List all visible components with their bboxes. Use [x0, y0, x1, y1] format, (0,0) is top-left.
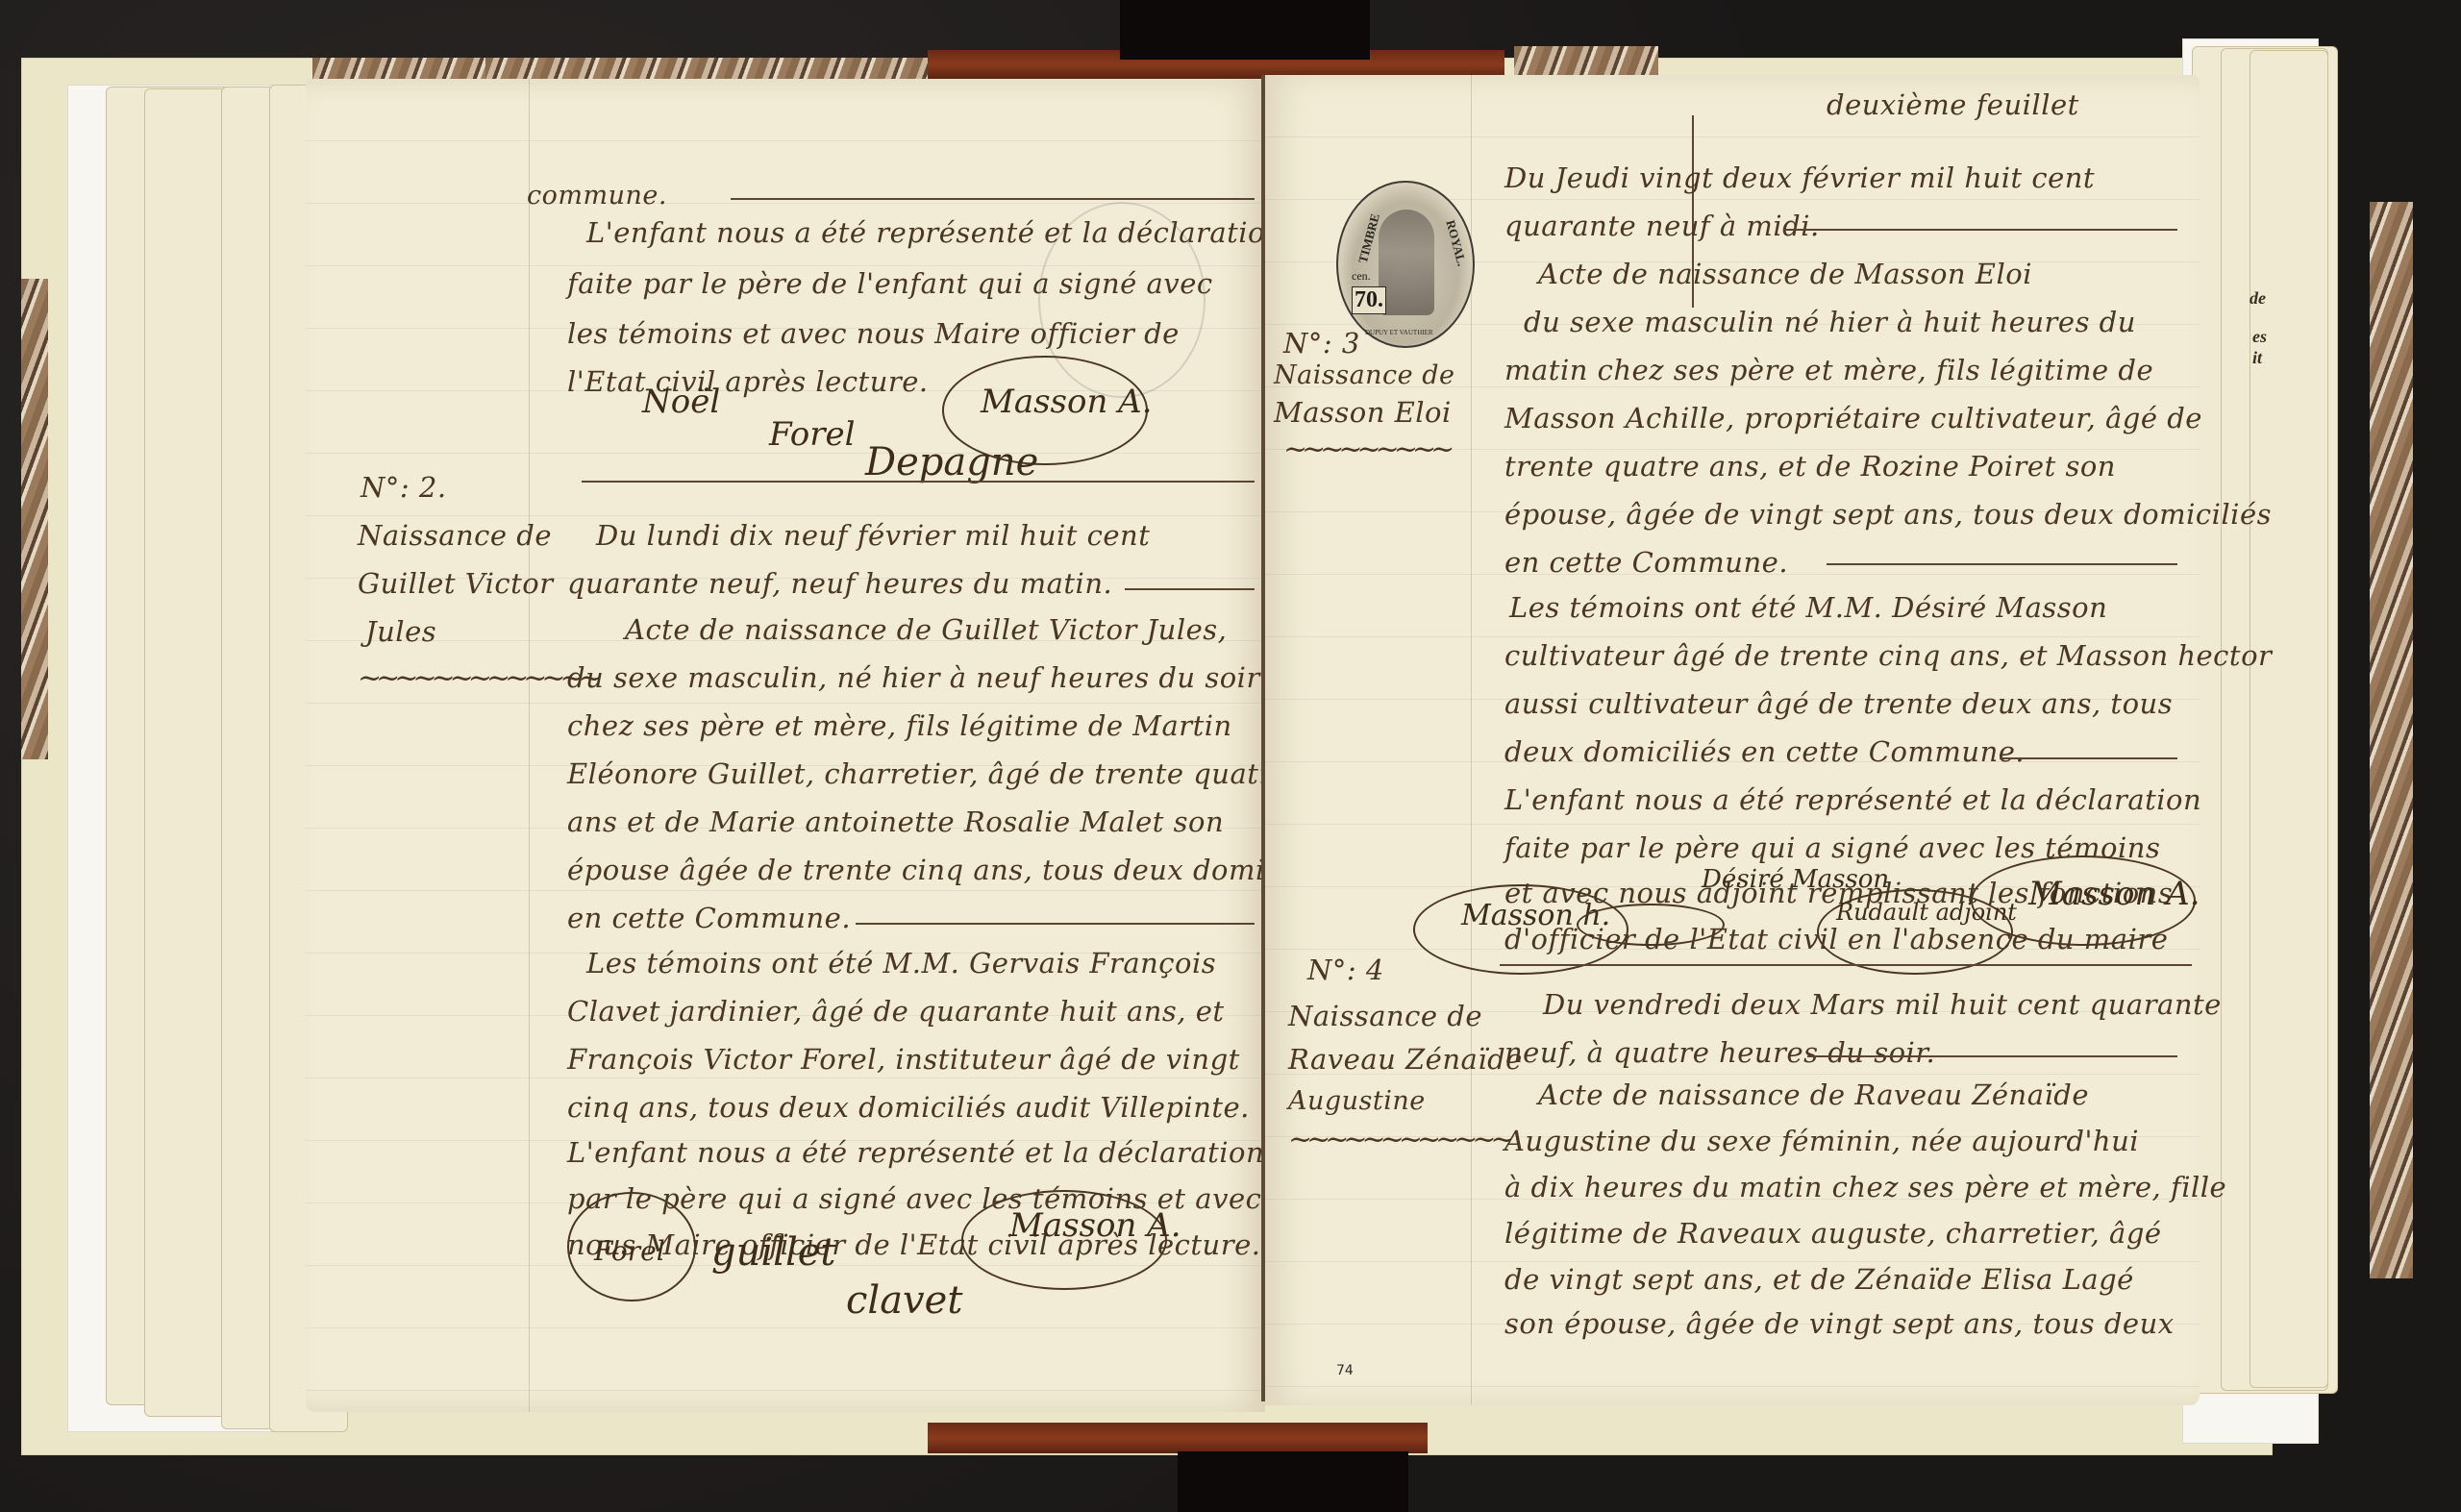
- signature-forel: Forel: [769, 415, 855, 454]
- text-line: Les témoins ont été M.M. Désiré Masson: [1509, 591, 2107, 624]
- marbled-board-right-edge: [2370, 202, 2413, 1278]
- text-line: Du lundi dix neuf février mil huit cent: [596, 519, 1150, 552]
- marbled-board-top-right: [1514, 46, 1658, 75]
- line-filler: [1783, 229, 2177, 231]
- text-line: son épouse, âgée de vingt sept ans, tous…: [1504, 1307, 2175, 1340]
- signature-guillet: guillet: [711, 1230, 836, 1275]
- text-line: L'enfant nous a été représenté et la déc…: [567, 1136, 1340, 1169]
- signature-desire-masson: Désiré Masson: [1702, 865, 1889, 894]
- signature-clavet: clavet: [846, 1278, 962, 1323]
- text-line: Masson Achille, propriétaire cultivateur…: [1504, 402, 2202, 434]
- edge-printed-fragment: de: [2250, 288, 2266, 309]
- justice-figure-icon: [1379, 210, 1434, 315]
- text-line: François Victor Forel, instituteur âgé d…: [567, 1043, 1240, 1076]
- stamp-value: 70.: [1352, 286, 1386, 314]
- text-line: Augustine du sexe féminin, née aujourd'h…: [1504, 1125, 2139, 1157]
- text-line: Acte de naissance de Masson Eloi: [1538, 258, 2032, 290]
- signature-flourish: [1577, 904, 1725, 946]
- line-filler: [2000, 757, 2177, 759]
- text-line: ans et de Marie antoinette Rosalie Malet…: [567, 806, 1224, 838]
- text-line: à dix heures du matin chez ses père et m…: [1504, 1171, 2226, 1203]
- text-line: Du Jeudi vingt deux février mil huit cen…: [1504, 161, 2095, 194]
- margin-rule: [529, 79, 530, 1412]
- text-line: chez ses père et mère, fils légitime de …: [567, 709, 1232, 742]
- text-line: L'enfant nous a été représenté et la déc…: [1504, 783, 2201, 816]
- text-line: du sexe masculin né hier à huit heures d…: [1524, 306, 2136, 338]
- entry-separator: [582, 481, 1255, 483]
- header-note: deuxième feuillet: [1827, 88, 2079, 121]
- text-line: Les témoins ont été M.M. Gervais Françoi…: [586, 947, 1216, 979]
- margin-note: Augustine: [1288, 1086, 1426, 1116]
- margin-note: Raveau Zénaïde: [1288, 1043, 1523, 1076]
- signature-forel: Forel: [594, 1235, 665, 1267]
- text-line: trente quatre ans, et de Rozine Poiret s…: [1504, 450, 2116, 483]
- text-line: L'enfant nous a été représenté et la déc…: [586, 216, 1283, 249]
- stamp-unit: cen.: [1352, 269, 1371, 284]
- text-line: aussi cultivateur âgé de trente deux ans…: [1504, 687, 2173, 720]
- text-line: de vingt sept ans, et de Zénaïde Elisa L…: [1504, 1263, 2134, 1296]
- margin-flourish: ~~~~~~~~~~~~: [1288, 1123, 1509, 1156]
- spine-shadow-top: [1120, 0, 1370, 60]
- text-line: Acte de naissance de Raveau Zénaïde: [1538, 1078, 2089, 1111]
- text-line: l'Etat civil après lecture.: [567, 365, 929, 398]
- folio-number: 74: [1336, 1363, 1354, 1378]
- right-page-stack-3: [2250, 50, 2328, 1388]
- margin-note: Masson Eloi: [1274, 396, 1452, 429]
- leather-spine-bottom: [928, 1423, 1428, 1453]
- stamp-printer: DUPUY ET VAUTHIER: [1365, 329, 1433, 336]
- text-line: quarante neuf à midi.: [1504, 210, 1820, 242]
- entry-number: N°: 4: [1307, 954, 1384, 986]
- text-line: faite par le père de l'enfant qui a sign…: [567, 267, 1213, 300]
- text-line: Acte de naissance de Guillet Victor Jule…: [625, 613, 1227, 646]
- edge-printed-fragment: es: [2252, 327, 2267, 347]
- margin-note: Guillet Victor: [358, 567, 554, 600]
- signature-masson-a: Masson A.: [2028, 875, 2200, 913]
- text-line: les témoins et avec nous Maire officier …: [567, 317, 1180, 350]
- text-line: quarante neuf, neuf heures du matin.: [567, 567, 1112, 600]
- entry-separator: [1500, 964, 2192, 966]
- text-line: Eléonore Guillet, charretier, âgé de tre…: [567, 757, 1289, 790]
- line-filler: [731, 198, 1255, 200]
- margin-note: Naissance de: [1274, 360, 1455, 390]
- line-filler: [1807, 1055, 2177, 1057]
- signature-masson-a: Masson A.: [981, 383, 1153, 421]
- text-line: deux domiciliés en cette Commune.: [1504, 735, 2025, 768]
- margin-flourish: ~~~~~~~~~: [1283, 433, 1449, 466]
- text-line: en cette Commune.: [1504, 546, 1788, 579]
- text-line: cultivateur âgé de trente cinq ans, et M…: [1504, 639, 2272, 672]
- entry-number: N°: 3: [1283, 327, 1360, 359]
- timbre-royal-stamp: TIMBRE ROYAL. cen. 70. DUPUY ET VAUTHIER: [1336, 181, 1475, 348]
- text-line: Du vendredi deux Mars mil huit cent quar…: [1543, 988, 2222, 1021]
- signature-depagne: Depagne: [865, 440, 1038, 484]
- marbled-board-top-left-inner: [485, 58, 928, 79]
- text-line: du sexe masculin, né hier à neuf heures …: [567, 661, 1260, 694]
- signature-noel: Noël: [642, 383, 720, 421]
- text-line: légitime de Raveaux auguste, charretier,…: [1504, 1217, 2162, 1250]
- margin-note: Naissance de: [1288, 1000, 1482, 1032]
- edge-printed-fragment: it: [2252, 348, 2262, 368]
- line-filler: [856, 923, 1255, 925]
- text-line: épouse, âgée de vingt sept ans, tous deu…: [1504, 498, 2272, 531]
- text-line: neuf, à quatre heures du soir.: [1504, 1036, 1935, 1069]
- line-filler: [1827, 563, 2177, 565]
- margin-flourish: ~~~~~~~~~~~~~: [358, 661, 597, 695]
- margin-note: Jules: [365, 615, 436, 648]
- line-filler: [1125, 588, 1255, 590]
- spine-shadow-bottom: [1178, 1451, 1408, 1512]
- margin-note: Naissance de: [358, 519, 552, 552]
- text-line: Clavet jardinier, âgé de quarante huit a…: [567, 995, 1225, 1028]
- stamp-label: ROYAL.: [1442, 218, 1469, 267]
- text-line: commune.: [527, 181, 667, 211]
- text-line: épouse âgée de trente cinq ans, tous deu…: [567, 854, 1341, 886]
- text-line: matin chez ses père et mère, fils légiti…: [1504, 354, 2153, 386]
- text-line: cinq ans, tous deux domiciliés audit Vil…: [567, 1091, 1250, 1124]
- text-line: en cette Commune.: [567, 902, 851, 934]
- entry-number: N°: 2.: [360, 471, 447, 504]
- signature-masson-a: Masson A.: [1009, 1206, 1181, 1245]
- marbled-board-left-edge: [21, 279, 48, 759]
